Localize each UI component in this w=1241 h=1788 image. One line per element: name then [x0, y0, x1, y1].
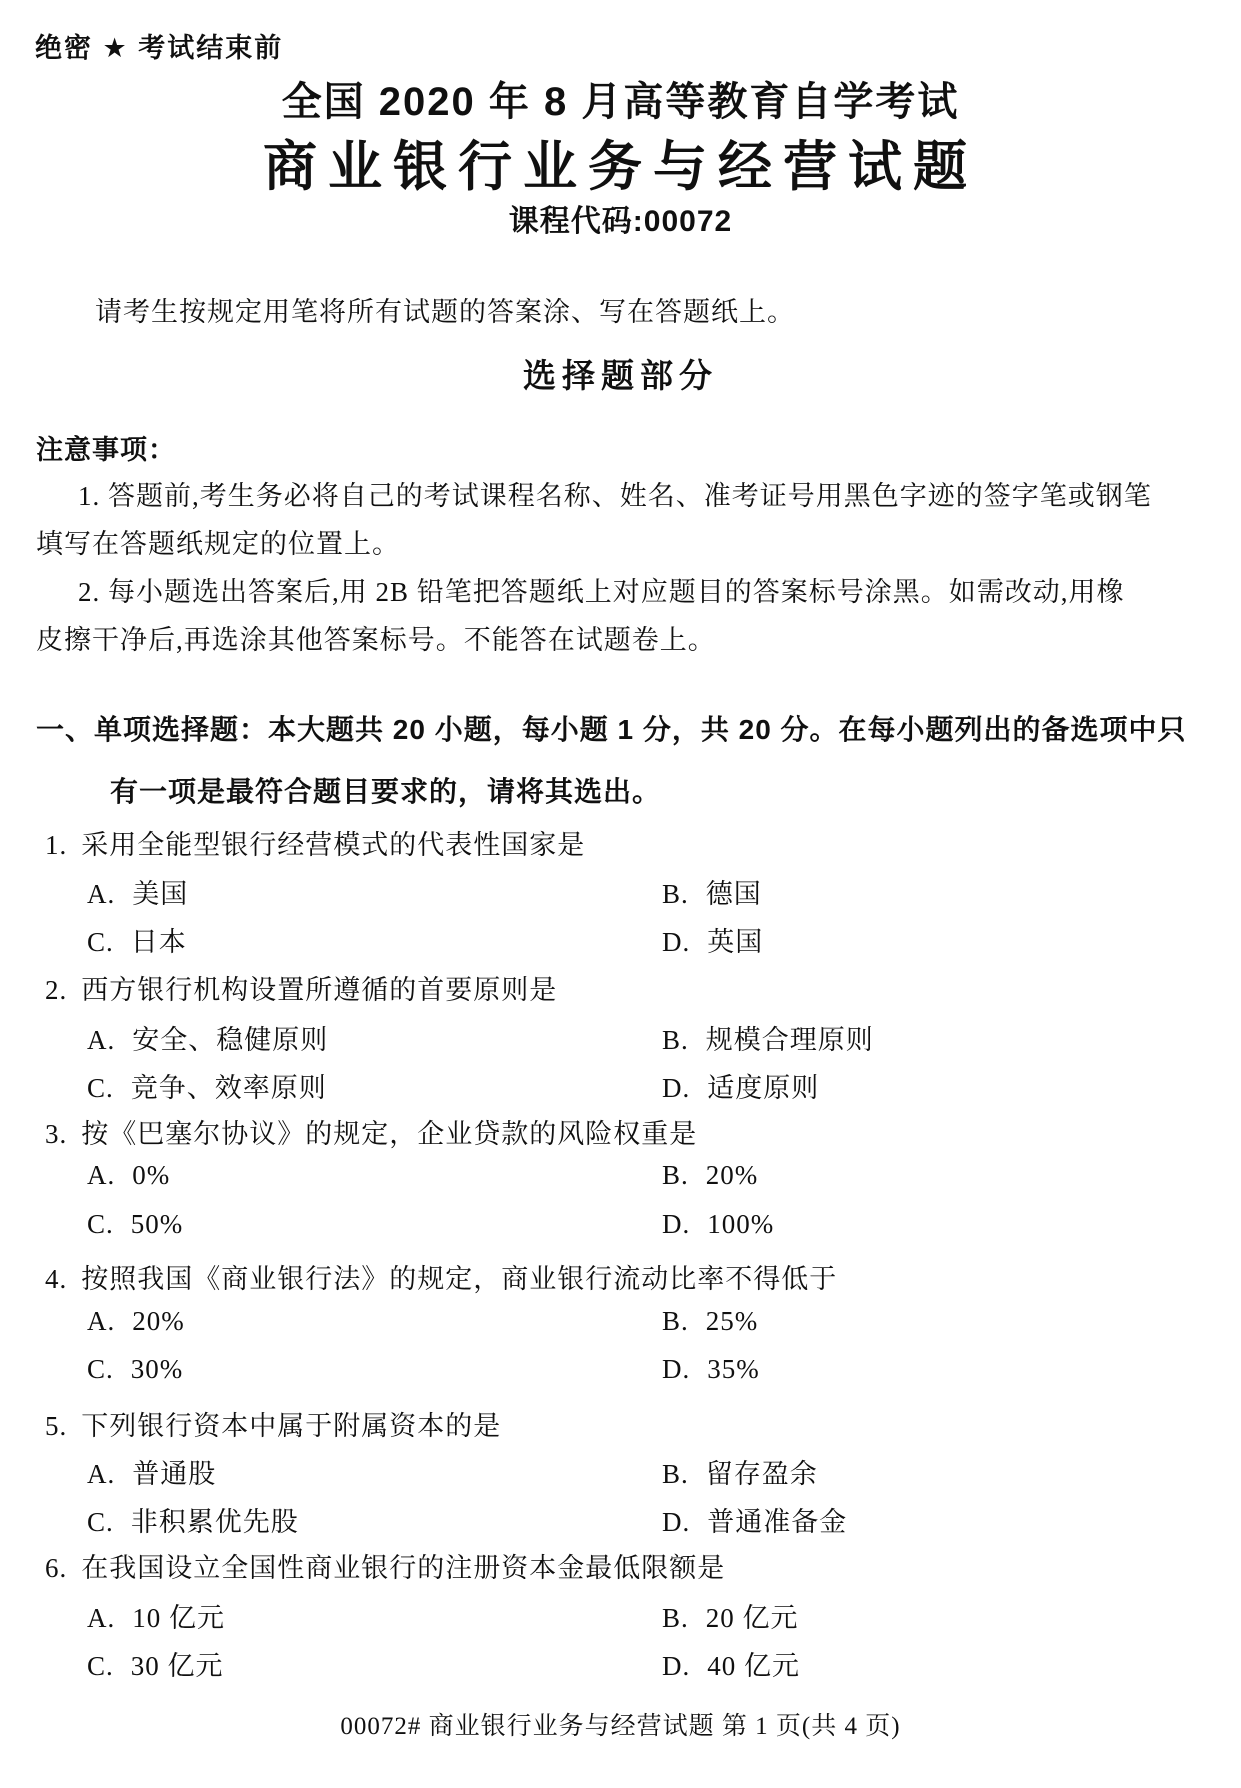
- option-text: 德国: [706, 879, 762, 909]
- question-5-option-b: B.留存盈余: [662, 1452, 818, 1491]
- option-label: A.: [87, 1025, 115, 1055]
- question-2-option-d: D.适度原则: [662, 1066, 819, 1105]
- option-text: 100%: [707, 1209, 774, 1239]
- question-1-option-a: A.美国: [87, 872, 188, 911]
- part-one-heading-line-2: 有一项是最符合题目要求的，请将其选出。: [110, 770, 661, 810]
- option-label: A.: [87, 1459, 115, 1489]
- question-2-option-c: C.竞争、效率原则: [87, 1066, 327, 1105]
- option-text: 英国: [707, 927, 763, 957]
- question-6-options-row-2: C.30 亿元 D.40 亿元: [0, 1644, 1241, 1678]
- option-label: C.: [87, 1354, 114, 1384]
- note-line-3: 2. 每小题选出答案后,用 2B 铅笔把答题纸上对应题目的答案标号涂黑。如需改动…: [78, 570, 1125, 609]
- option-label: A.: [87, 1603, 115, 1633]
- question-1-options-row-1: A.美国 B.德国: [0, 872, 1241, 906]
- option-text: 50%: [131, 1209, 184, 1239]
- option-text: 普通股: [132, 1459, 216, 1489]
- option-label: B.: [662, 1603, 689, 1633]
- question-5: 5.下列银行资本中属于附属资本的是: [45, 1404, 501, 1443]
- option-label: B.: [662, 879, 689, 909]
- question-5-options-row-1: A.普通股 B.留存盈余: [0, 1452, 1241, 1486]
- option-text: 适度原则: [707, 1073, 819, 1103]
- option-label: A.: [87, 1160, 115, 1190]
- question-3-options-row-2: C.50% D.100%: [0, 1209, 1241, 1243]
- option-text: 安全、稳健原则: [132, 1025, 328, 1055]
- question-4-option-d: D.35%: [662, 1354, 760, 1385]
- option-label: D.: [662, 1507, 690, 1537]
- question-5-option-c: C.非积累优先股: [87, 1500, 299, 1539]
- question-1-text: 采用全能型银行经营模式的代表性国家是: [81, 830, 585, 860]
- question-2: 2.西方银行机构设置所遵循的首要原则是: [45, 968, 557, 1007]
- question-2-option-b: B.规模合理原则: [662, 1018, 874, 1057]
- question-1-option-c: C.日本: [87, 920, 187, 959]
- exam-subtitle: 商业银行业务与经营试题: [0, 124, 1241, 201]
- course-code: 课程代码:00072: [0, 196, 1241, 240]
- option-label: A.: [87, 1306, 115, 1336]
- option-label: B.: [662, 1459, 689, 1489]
- question-4-option-c: C.30%: [87, 1354, 183, 1385]
- question-1-options-row-2: C.日本 D.英国: [0, 920, 1241, 954]
- option-label: D.: [662, 1073, 690, 1103]
- option-text: 规模合理原则: [706, 1025, 874, 1055]
- question-2-option-a: A.安全、稳健原则: [87, 1018, 328, 1057]
- option-text: 20 亿元: [706, 1603, 799, 1633]
- question-1-option-d: D.英国: [662, 920, 763, 959]
- question-5-number: 5.: [45, 1411, 67, 1441]
- notes-title: 注意事项：: [36, 428, 176, 467]
- option-label: C.: [87, 1073, 114, 1103]
- question-2-options-row-2: C.竞争、效率原则 D.适度原则: [0, 1066, 1241, 1100]
- question-3-option-c: C.50%: [87, 1209, 183, 1240]
- question-4-options-row-2: C.30% D.35%: [0, 1354, 1241, 1388]
- option-label: D.: [662, 1651, 690, 1681]
- question-1-option-b: B.德国: [662, 872, 762, 911]
- option-text: 30%: [131, 1354, 184, 1384]
- question-3-option-a: A.0%: [87, 1160, 170, 1191]
- question-5-text: 下列银行资本中属于附属资本的是: [81, 1411, 501, 1441]
- section-title: 选择题部分: [0, 350, 1241, 397]
- option-text: 日本: [131, 927, 187, 957]
- option-text: 竞争、效率原则: [131, 1073, 327, 1103]
- option-text: 30 亿元: [131, 1651, 224, 1681]
- exam-paper-page: 绝密 ★ 考试结束前 全国 2020 年 8 月高等教育自学考试 商业银行业务与…: [0, 0, 1241, 1788]
- question-3-number: 3.: [45, 1119, 67, 1149]
- question-6-option-a: A.10 亿元: [87, 1596, 225, 1635]
- question-4-text: 按照我国《商业银行法》的规定，商业银行流动比率不得低于: [81, 1264, 837, 1294]
- option-text: 美国: [132, 879, 188, 909]
- option-label: C.: [87, 1651, 114, 1681]
- option-label: D.: [662, 1209, 690, 1239]
- question-6-number: 6.: [45, 1553, 67, 1583]
- option-label: C.: [87, 1507, 114, 1537]
- question-6-options-row-1: A.10 亿元 B.20 亿元: [0, 1596, 1241, 1630]
- option-text: 0%: [132, 1160, 170, 1190]
- question-6-text: 在我国设立全国性商业银行的注册资本金最低限额是: [81, 1553, 725, 1583]
- question-5-option-d: D.普通准备金: [662, 1500, 847, 1539]
- note-line-4: 皮擦干净后,再选涂其他答案标号。不能答在试题卷上。: [36, 618, 716, 657]
- part-one-heading-line-1: 一、单项选择题：本大题共 20 小题，每小题 1 分，共 20 分。在每小题列出…: [36, 708, 1187, 748]
- question-4-option-a: A.20%: [87, 1306, 185, 1337]
- question-6-option-c: C.30 亿元: [87, 1644, 224, 1683]
- option-text: 留存盈余: [706, 1459, 818, 1489]
- question-2-options-row-1: A.安全、稳健原则 B.规模合理原则: [0, 1018, 1241, 1052]
- question-2-text: 西方银行机构设置所遵循的首要原则是: [81, 975, 557, 1005]
- option-label: B.: [662, 1025, 689, 1055]
- option-label: B.: [662, 1160, 689, 1190]
- option-text: 40 亿元: [707, 1651, 800, 1681]
- question-2-number: 2.: [45, 975, 67, 1005]
- question-3: 3.按《巴塞尔协议》的规定，企业贷款的风险权重是: [45, 1112, 697, 1151]
- candidate-instruction: 请考生按规定用笔将所有试题的答案涂、写在答题纸上。: [95, 290, 795, 329]
- note-line-1: 1. 答题前,考生务必将自己的考试课程名称、姓名、准考证号用黑色字迹的签字笔或钢…: [78, 474, 1152, 513]
- option-text: 10 亿元: [132, 1603, 225, 1633]
- option-text: 非积累优先股: [131, 1507, 299, 1537]
- question-1: 1.采用全能型银行经营模式的代表性国家是: [45, 823, 585, 862]
- question-4-options-row-1: A.20% B.25%: [0, 1306, 1241, 1340]
- exam-title: 全国 2020 年 8 月高等教育自学考试: [0, 70, 1241, 127]
- option-label: C.: [87, 1209, 114, 1239]
- question-3-text: 按《巴塞尔协议》的规定，企业贷款的风险权重是: [81, 1119, 697, 1149]
- option-text: 20%: [132, 1306, 185, 1336]
- option-label: B.: [662, 1306, 689, 1336]
- option-label: D.: [662, 927, 690, 957]
- option-label: C.: [87, 927, 114, 957]
- security-classification: 绝密 ★ 考试结束前: [35, 26, 283, 65]
- question-3-options-row-1: A.0% B.20%: [0, 1160, 1241, 1194]
- question-3-option-d: D.100%: [662, 1209, 774, 1240]
- option-label: A.: [87, 879, 115, 909]
- option-text: 25%: [706, 1306, 759, 1336]
- question-4-number: 4.: [45, 1264, 67, 1294]
- question-5-option-a: A.普通股: [87, 1452, 216, 1491]
- option-label: D.: [662, 1354, 690, 1384]
- question-6-option-b: B.20 亿元: [662, 1596, 799, 1635]
- option-text: 35%: [707, 1354, 760, 1384]
- question-6: 6.在我国设立全国性商业银行的注册资本金最低限额是: [45, 1546, 725, 1585]
- question-1-number: 1.: [45, 830, 67, 860]
- question-6-option-d: D.40 亿元: [662, 1644, 800, 1683]
- note-line-2: 填写在答题纸规定的位置上。: [36, 522, 400, 561]
- page-footer: 00072# 商业银行业务与经营试题 第 1 页(共 4 页): [0, 1706, 1241, 1742]
- question-4: 4.按照我国《商业银行法》的规定，商业银行流动比率不得低于: [45, 1257, 837, 1296]
- question-4-option-b: B.25%: [662, 1306, 758, 1337]
- question-3-option-b: B.20%: [662, 1160, 758, 1191]
- option-text: 普通准备金: [707, 1507, 847, 1537]
- option-text: 20%: [706, 1160, 759, 1190]
- question-5-options-row-2: C.非积累优先股 D.普通准备金: [0, 1500, 1241, 1534]
